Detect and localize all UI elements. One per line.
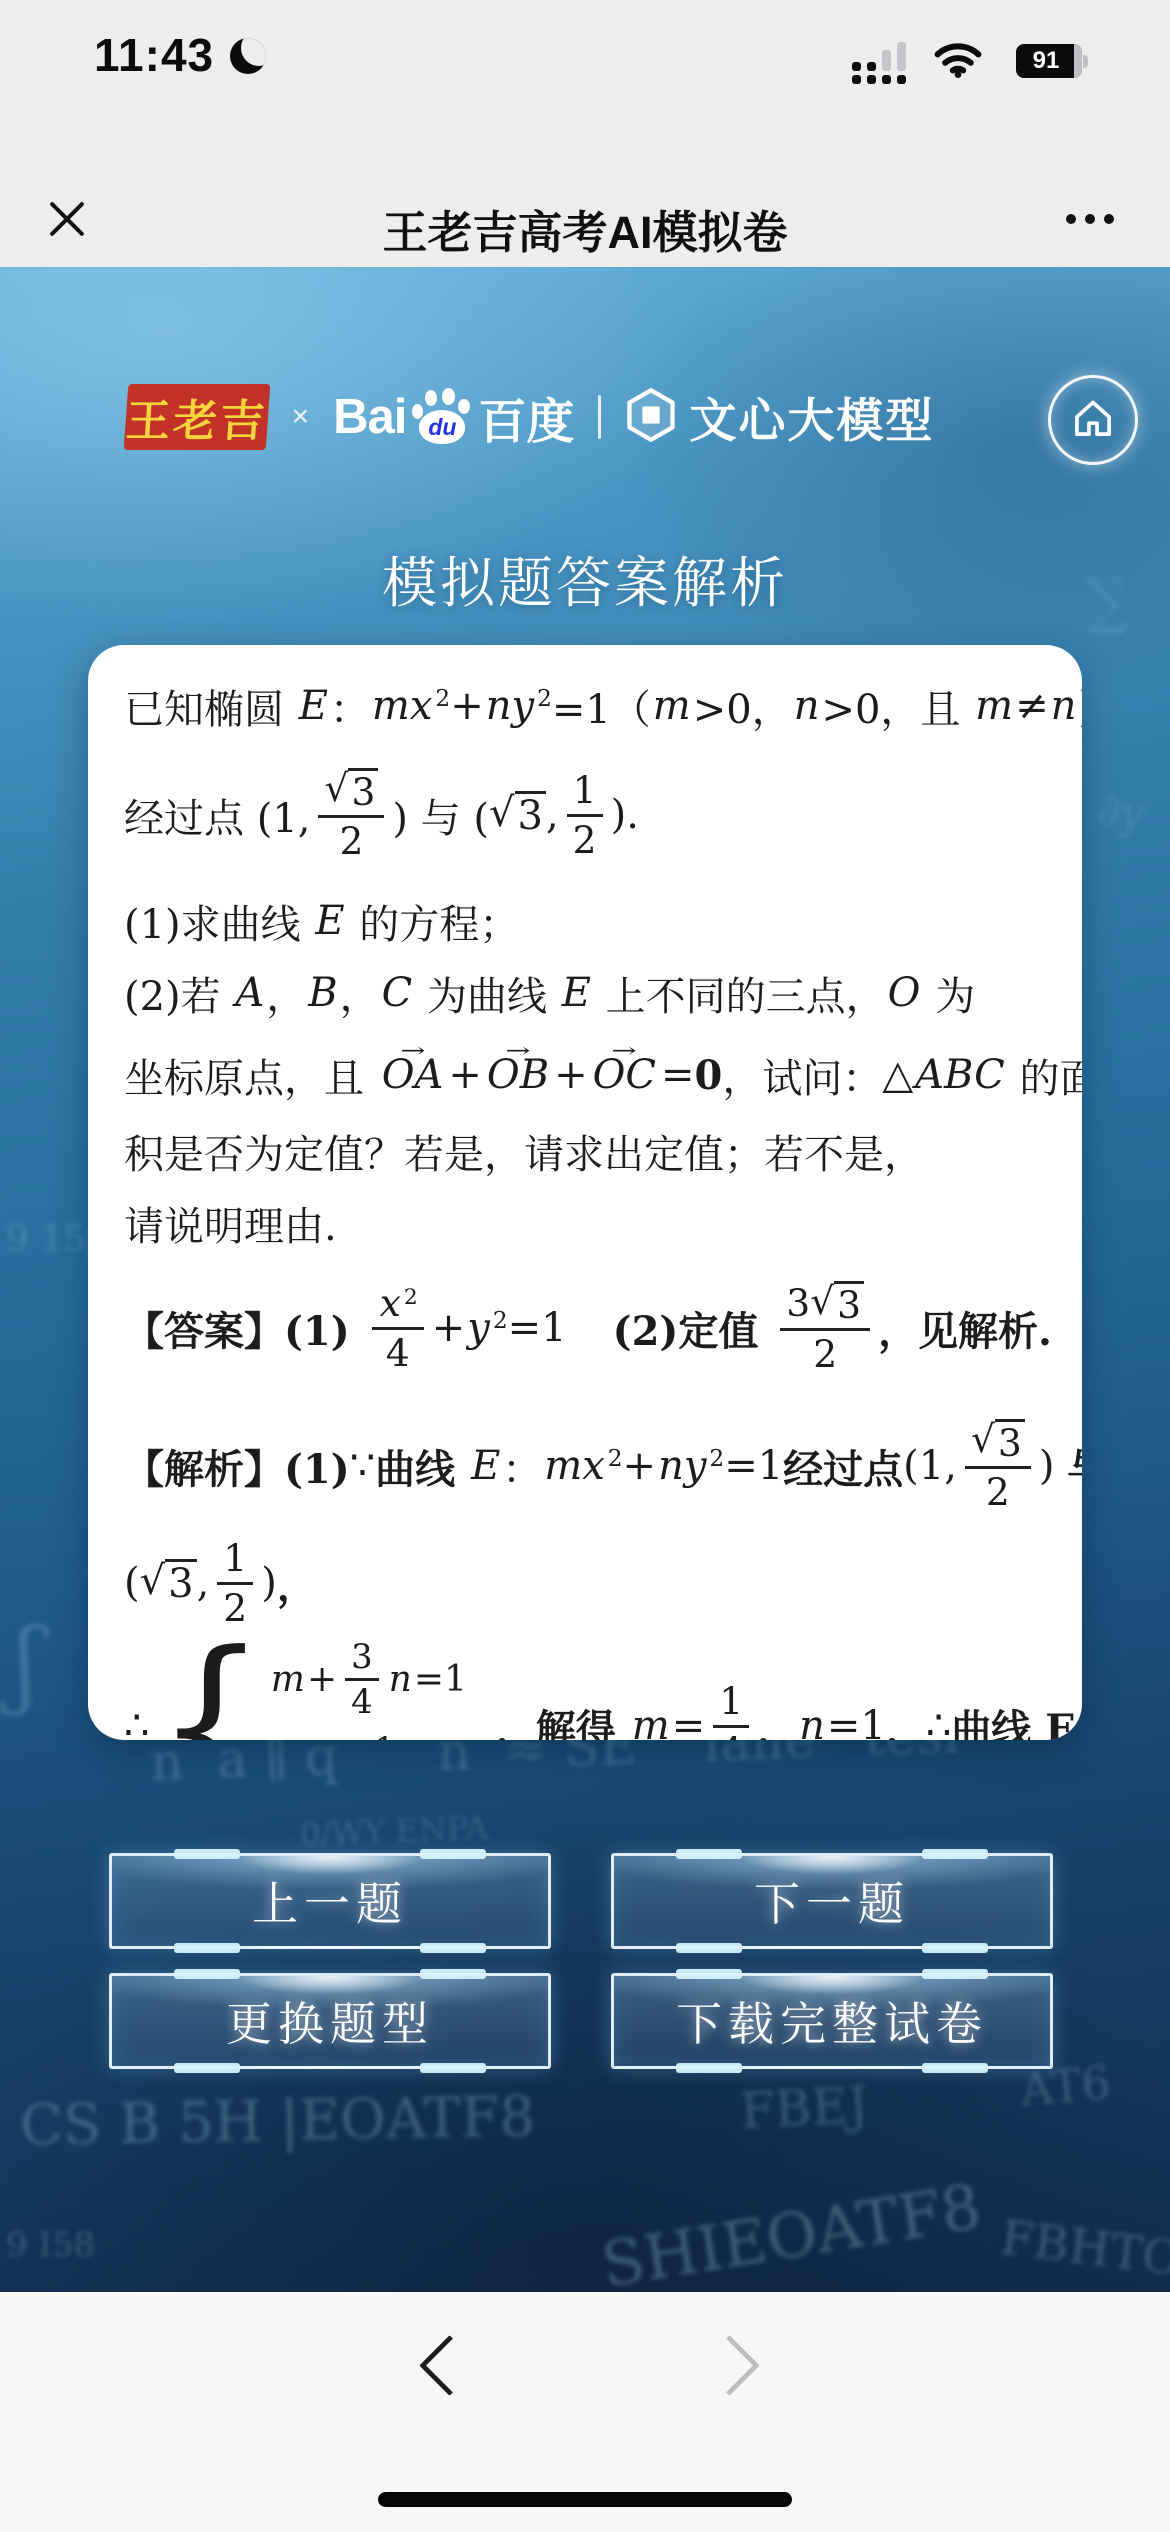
math-tk-txt: 2 <box>339 819 363 863</box>
change-type-button[interactable]: 更换题型 <box>109 1973 551 2069</box>
math-line: 请说明理由. <box>124 1187 1052 1259</box>
wanglaoji-logo: 王老吉 <box>123 384 270 450</box>
math-tk-txt: ）， <box>1078 678 1082 735</box>
math-tk-txt: 上不同的三点， <box>593 965 886 1022</box>
math-tk-it: E <box>560 970 593 1016</box>
math-fn: √3 <box>965 1419 1031 1469</box>
math-line: ∴{m+34n=13m+14n=1，解得 m=14，n=1，∴曲线 E 的方 <box>124 1631 1052 1740</box>
math-tk-txt: 4 <box>386 1331 410 1375</box>
math-tk-txt: 2 <box>573 818 597 862</box>
math-fn: x2 <box>372 1282 424 1329</box>
math-arr: → <box>612 1038 637 1062</box>
math-tk-it: O <box>886 970 923 1016</box>
math-tk-b: ，解得 <box>496 1698 630 1741</box>
math-vec: →OC <box>591 1052 658 1098</box>
math-tk-b: 曲线 <box>375 1438 469 1495</box>
math-tk-g: x2 <box>378 1282 418 1324</box>
math-line: 坐标原点，且 →OA+→OB+→OC=0，试问：△ABC 的面 <box>124 1029 1052 1115</box>
math-fn: 3√3 <box>780 1281 870 1331</box>
math-tk-txt: 3 <box>351 1638 373 1676</box>
math-tk-txt: + <box>450 683 484 729</box>
math-tk-txt: 3 <box>518 793 543 839</box>
math-tk-txt: + <box>623 1443 657 1489</box>
nav-title: 王老吉高考AI模拟卷 <box>0 196 1170 261</box>
bg-glyph: FBEJ <box>739 2076 870 2141</box>
home-indicator[interactable] <box>378 2492 792 2507</box>
math-tk-it: mx <box>542 1443 607 1489</box>
bg-glyph: SHIEOATF8 <box>597 2170 986 2292</box>
math-tk-txt: =1 <box>508 1305 567 1351</box>
math-tk-txt: 的方程； <box>347 893 520 950</box>
baidu-du-text: du <box>419 410 465 444</box>
math-tk-g: mx2 <box>370 683 450 729</box>
math-tk-txt: (1)求曲线 <box>124 893 313 950</box>
math-rows: m+34n=13m+14n=1 <box>269 1638 490 1740</box>
math-sqrt: √3 <box>324 768 378 813</box>
math-tk-txt: =1 <box>827 1703 886 1740</box>
math-tk-txt: 2 <box>986 1470 1010 1514</box>
math-tk-txt: + <box>307 1659 337 1700</box>
forward-chevron-icon[interactable] <box>699 2335 760 2396</box>
brand-logo-row: 王老吉 × Bai du 百度 文心大模型 <box>0 379 1060 455</box>
math-tk-txt: 3 <box>837 1283 861 1327</box>
math-tk-it: E <box>297 683 330 729</box>
math-tk-txt: ： <box>502 1438 542 1495</box>
bg-glyph: 0/WY ENPA <box>299 1809 489 1854</box>
more-menu-icon[interactable] <box>1066 214 1114 224</box>
math-tk-it: m <box>973 683 1015 729</box>
math-line: 【答案】(1) x24+y2=1(2)定值 3√32，见解析. <box>124 1259 1052 1397</box>
bg-glyph: ʃ <box>8 1606 46 1720</box>
battery-icon: 91 <box>1016 44 1082 78</box>
math-tk-g: ny2 <box>484 683 552 729</box>
wifi-icon <box>934 42 982 83</box>
math-vec: →OA <box>380 1052 446 1098</box>
baidu-latin-text: Bai <box>333 389 406 445</box>
math-row: m+34n=1 <box>269 1638 490 1721</box>
download-paper-button[interactable]: 下载完整试卷 <box>611 1973 1053 2069</box>
math-fd: 2 <box>986 1469 1010 1513</box>
math-tk-txt: 3 <box>168 1561 193 1607</box>
math-tk-b: ， <box>886 1698 926 1741</box>
math-frac: √32 <box>318 768 384 862</box>
prev-question-button[interactable]: 上一题 <box>109 1853 551 1949</box>
math-tk-txt: 2 <box>813 1332 837 1376</box>
math-tk-txt: =1 <box>414 1659 467 1700</box>
math-tk-txt: 积是否为定值？若是，请求出定值；若不是， <box>124 1123 924 1180</box>
baidu-cn-text: 百度 <box>478 383 574 452</box>
math-fd: 4 <box>719 1728 743 1741</box>
logo-divider <box>598 395 601 439</box>
math-tk-txt: 的面 <box>1007 1047 1082 1104</box>
home-icon <box>1070 395 1116 446</box>
battery-percent: 91 <box>1016 44 1076 78</box>
math-tk-txt: ≠ <box>1015 683 1049 729</box>
math-tk-txt: ∵ <box>350 1443 375 1489</box>
bg-glyph: CS B 5H |EOATF8 <box>19 2085 535 2159</box>
math-tk-g: ny2 <box>656 1443 724 1489</box>
math-sqrt: √3 <box>971 1419 1025 1464</box>
math-tk-it: E <box>469 1443 502 1489</box>
math-fn: 1 <box>713 1680 749 1727</box>
math-tk-txt: 请说明理由. <box>124 1195 337 1252</box>
math-tk-txt: + <box>432 1305 466 1351</box>
math-tk-it: m <box>630 1703 672 1740</box>
math-frac: 12 <box>567 769 603 860</box>
answer-card: 已知椭圆 E：mx2+ny2=1（m>0，n>0，且 m≠n），经过点 (1,√… <box>88 645 1082 1740</box>
math-rad: √ <box>324 770 348 808</box>
math-tk-g: y2 <box>465 1305 507 1351</box>
math-tk-sup: 2 <box>493 1307 508 1334</box>
math-tk-txt: ). <box>611 792 639 838</box>
math-tk-it: n <box>797 1703 827 1740</box>
math-arr: → <box>400 1038 425 1062</box>
math-sp <box>567 1327 613 1329</box>
math-tk-txt: △ <box>882 1052 913 1098</box>
math-rad: √ <box>140 1561 166 1601</box>
math-tk-txt: (1, <box>903 1443 957 1489</box>
math-rad: √ <box>810 1283 834 1321</box>
math-tk-txt: ∴ <box>926 1703 951 1740</box>
math-line: (1)求曲线 E 的方程； <box>124 885 1052 957</box>
math-fn: 1 <box>217 1537 253 1584</box>
bottom-bar <box>0 2292 1170 2532</box>
math-rv: 3 <box>515 791 546 839</box>
math-frac: √32 <box>965 1419 1031 1513</box>
math-tk-it: A <box>233 970 266 1016</box>
math-tk-txt: >0，且 <box>821 678 973 735</box>
math-frac: x24 <box>372 1282 424 1373</box>
math-line: 积是否为定值？若是，请求出定值；若不是， <box>124 1115 1052 1187</box>
math-line: 已知椭圆 E：mx2+ny2=1（m>0，n>0，且 m≠n）， <box>124 667 1052 745</box>
math-tk-txt: >0， <box>693 678 792 735</box>
math-tk-txt: 3 <box>998 1421 1022 1465</box>
math-tk-txt: (2)若 <box>124 965 233 1022</box>
cellular-signal-icon <box>852 42 908 84</box>
math-tk-txt: = <box>661 1052 695 1098</box>
math-tk-b: 0 <box>695 1052 723 1099</box>
math-rv: 3 <box>165 1559 196 1607</box>
math-fn: 1 <box>567 769 603 816</box>
math-tk-it: m <box>269 1659 307 1700</box>
math-frac: 3√32 <box>780 1281 870 1375</box>
math-tk-txt: 为曲线 <box>414 965 559 1022</box>
page-title: 模拟题答案解析 <box>0 539 1170 618</box>
math-tk-txt: + <box>554 1052 588 1098</box>
math-rad: √ <box>971 1421 995 1459</box>
math-fn: 3 <box>345 1638 379 1681</box>
math-tk-it: y <box>465 1305 492 1351</box>
math-tk-sup: 2 <box>404 1285 418 1310</box>
math-frac: 34 <box>345 1638 379 1721</box>
math-fd: 2 <box>573 817 597 861</box>
math-tk-txt: 1 <box>223 1537 247 1579</box>
next-question-button[interactable]: 下一题 <box>611 1853 1053 1949</box>
math-tk-txt: 4 <box>351 1682 373 1721</box>
math-tk-txt: ∴ <box>124 1703 149 1740</box>
math-line: 【解析】(1)∵曲线 E：mx2+ny2=1经过点(1,√32) 与 <box>124 1397 1052 1535</box>
math-tk-b: ， <box>277 1555 317 1612</box>
math-tk-txt: =1（ <box>552 678 651 735</box>
math-tk-it: ny <box>484 683 536 729</box>
math-tk-b: 经过点 <box>783 1438 903 1495</box>
math-tk-txt: 经过点 (1, <box>124 787 310 844</box>
math-line: 经过点 (1,√32) 与 (√3,12). <box>124 745 1052 885</box>
math-tk-b: 与 <box>1067 1438 1082 1495</box>
math-fd: 2 <box>813 1331 837 1375</box>
status-time: 11:43 <box>94 28 214 82</box>
top-chrome: 11:43 91 王老吉高考AI模拟卷 <box>0 0 1170 267</box>
math-tk-b: 曲线 E 的方 <box>951 1698 1082 1741</box>
bg-glyph: 9 I58 <box>6 2225 95 2265</box>
math-tk-txt: ： <box>330 678 370 735</box>
wenxin-cube-icon <box>625 387 677 448</box>
math-tk-txt: , <box>546 792 559 838</box>
math-tk-b: ，见解析. <box>878 1300 1052 1357</box>
math-tk-it: x <box>378 1281 403 1325</box>
math-tk-txt: =1 <box>724 1443 783 1489</box>
screen: 11:43 91 王老吉高考AI模拟卷 9 15β∑∂yʃn a ∥ q n ≈… <box>0 0 1170 2532</box>
math-tk-txt: 1 <box>573 769 597 811</box>
bg-glyph: FBHTOs <box>997 2210 1170 2291</box>
math-tk-it: ny <box>656 1443 708 1489</box>
math-tk-it: n <box>792 683 822 729</box>
math-tk-txt: ( <box>124 1560 140 1606</box>
math-tk-txt: ， <box>266 965 306 1022</box>
math-vec: →OB <box>485 1052 551 1098</box>
math-rv: 3 <box>995 1419 1025 1464</box>
wenxin-logo: 文心大模型 <box>625 384 934 451</box>
math-rv: 3 <box>834 1281 864 1326</box>
math-tk-sup: 2 <box>608 1445 623 1472</box>
baidu-paw-icon: du <box>412 388 472 446</box>
bg-glyph: ∂y <box>1095 784 1149 841</box>
math-tk-it: C <box>380 970 415 1016</box>
main-scene: 9 15β∑∂yʃn a ∥ q n ≈ SE lalle tesl0/WY E… <box>0 267 1170 2292</box>
math-tk-it: mx <box>370 683 435 729</box>
math-line: (2)若 A，B，C 为曲线 E 上不同的三点，O 为 <box>124 957 1052 1029</box>
math-tk-b: 【答案】(1) <box>124 1300 364 1357</box>
math-sqrt: √3 <box>810 1281 864 1326</box>
math-tk-txt: + <box>448 1052 482 1098</box>
math-frac: 14 <box>713 1680 749 1740</box>
math-row: 3m+14n=1 <box>269 1731 490 1740</box>
math-tk-txt: 3 <box>786 1282 810 1324</box>
math-tk-txt: = <box>672 1703 706 1740</box>
math-tk-it: n <box>1049 683 1079 729</box>
math-tk-g: mx2 <box>542 1443 622 1489</box>
math-fd: 4 <box>386 1330 410 1374</box>
math-fd: 2 <box>339 818 363 862</box>
math-tk-txt: 1 <box>374 1731 396 1740</box>
math-sqrt: √3 <box>489 791 546 839</box>
math-tk-b: 【解析】(1) <box>124 1438 350 1495</box>
math-tk-b: ， <box>757 1698 797 1741</box>
math-brace: { <box>155 1650 266 1740</box>
math-tk-txt: 4 <box>719 1729 743 1741</box>
math-tk-it: ABC <box>913 1052 1007 1098</box>
math-frac: 14 <box>368 1731 402 1740</box>
math-tk-it: m <box>651 683 693 729</box>
math-tk-it: n <box>387 1659 414 1700</box>
math-fn: 1 <box>368 1731 402 1740</box>
math-tk-txt: ) <box>1039 1443 1067 1489</box>
math-tk-txt: 为 <box>922 965 975 1022</box>
math-tk-txt: 已知椭圆 <box>124 678 297 735</box>
math-tk-txt: ) <box>261 1560 277 1606</box>
math-tk-txt: , <box>197 1560 210 1606</box>
math-tk-txt: ， <box>340 965 380 1022</box>
focus-moon-icon <box>230 38 266 74</box>
math-sys: {m+34n=13m+14n=1 <box>155 1638 489 1740</box>
math-rv: 3 <box>348 768 378 813</box>
math-tk-txt: ，试问： <box>722 1047 882 1104</box>
math-tk-it: B <box>306 970 339 1016</box>
back-chevron-icon[interactable] <box>419 2335 480 2396</box>
math-tk-it: E <box>313 898 346 944</box>
math-tk-txt: 3 <box>351 770 375 814</box>
wenxin-text: 文心大模型 <box>689 384 934 451</box>
math-rad: √ <box>489 793 515 833</box>
math-tk-sup: 2 <box>709 1445 724 1472</box>
math-fd: 4 <box>351 1681 373 1721</box>
baidu-logo: Bai du 百度 <box>333 383 574 452</box>
math-tk-sup: 2 <box>435 685 450 712</box>
math-sqrt: √3 <box>140 1559 197 1607</box>
math-tk-txt: 1 <box>719 1680 743 1722</box>
math-tk-txt: ) 与 ( <box>392 787 489 844</box>
cross-separator: × <box>292 400 310 434</box>
home-button[interactable] <box>1048 375 1138 465</box>
math-fn: √3 <box>318 768 384 818</box>
math-tk-b: (2)定值 <box>613 1300 773 1357</box>
math-arr: → <box>505 1038 530 1062</box>
math-tk-txt: 坐标原点，且 <box>124 1047 377 1104</box>
math-tk-sup: 2 <box>537 685 552 712</box>
